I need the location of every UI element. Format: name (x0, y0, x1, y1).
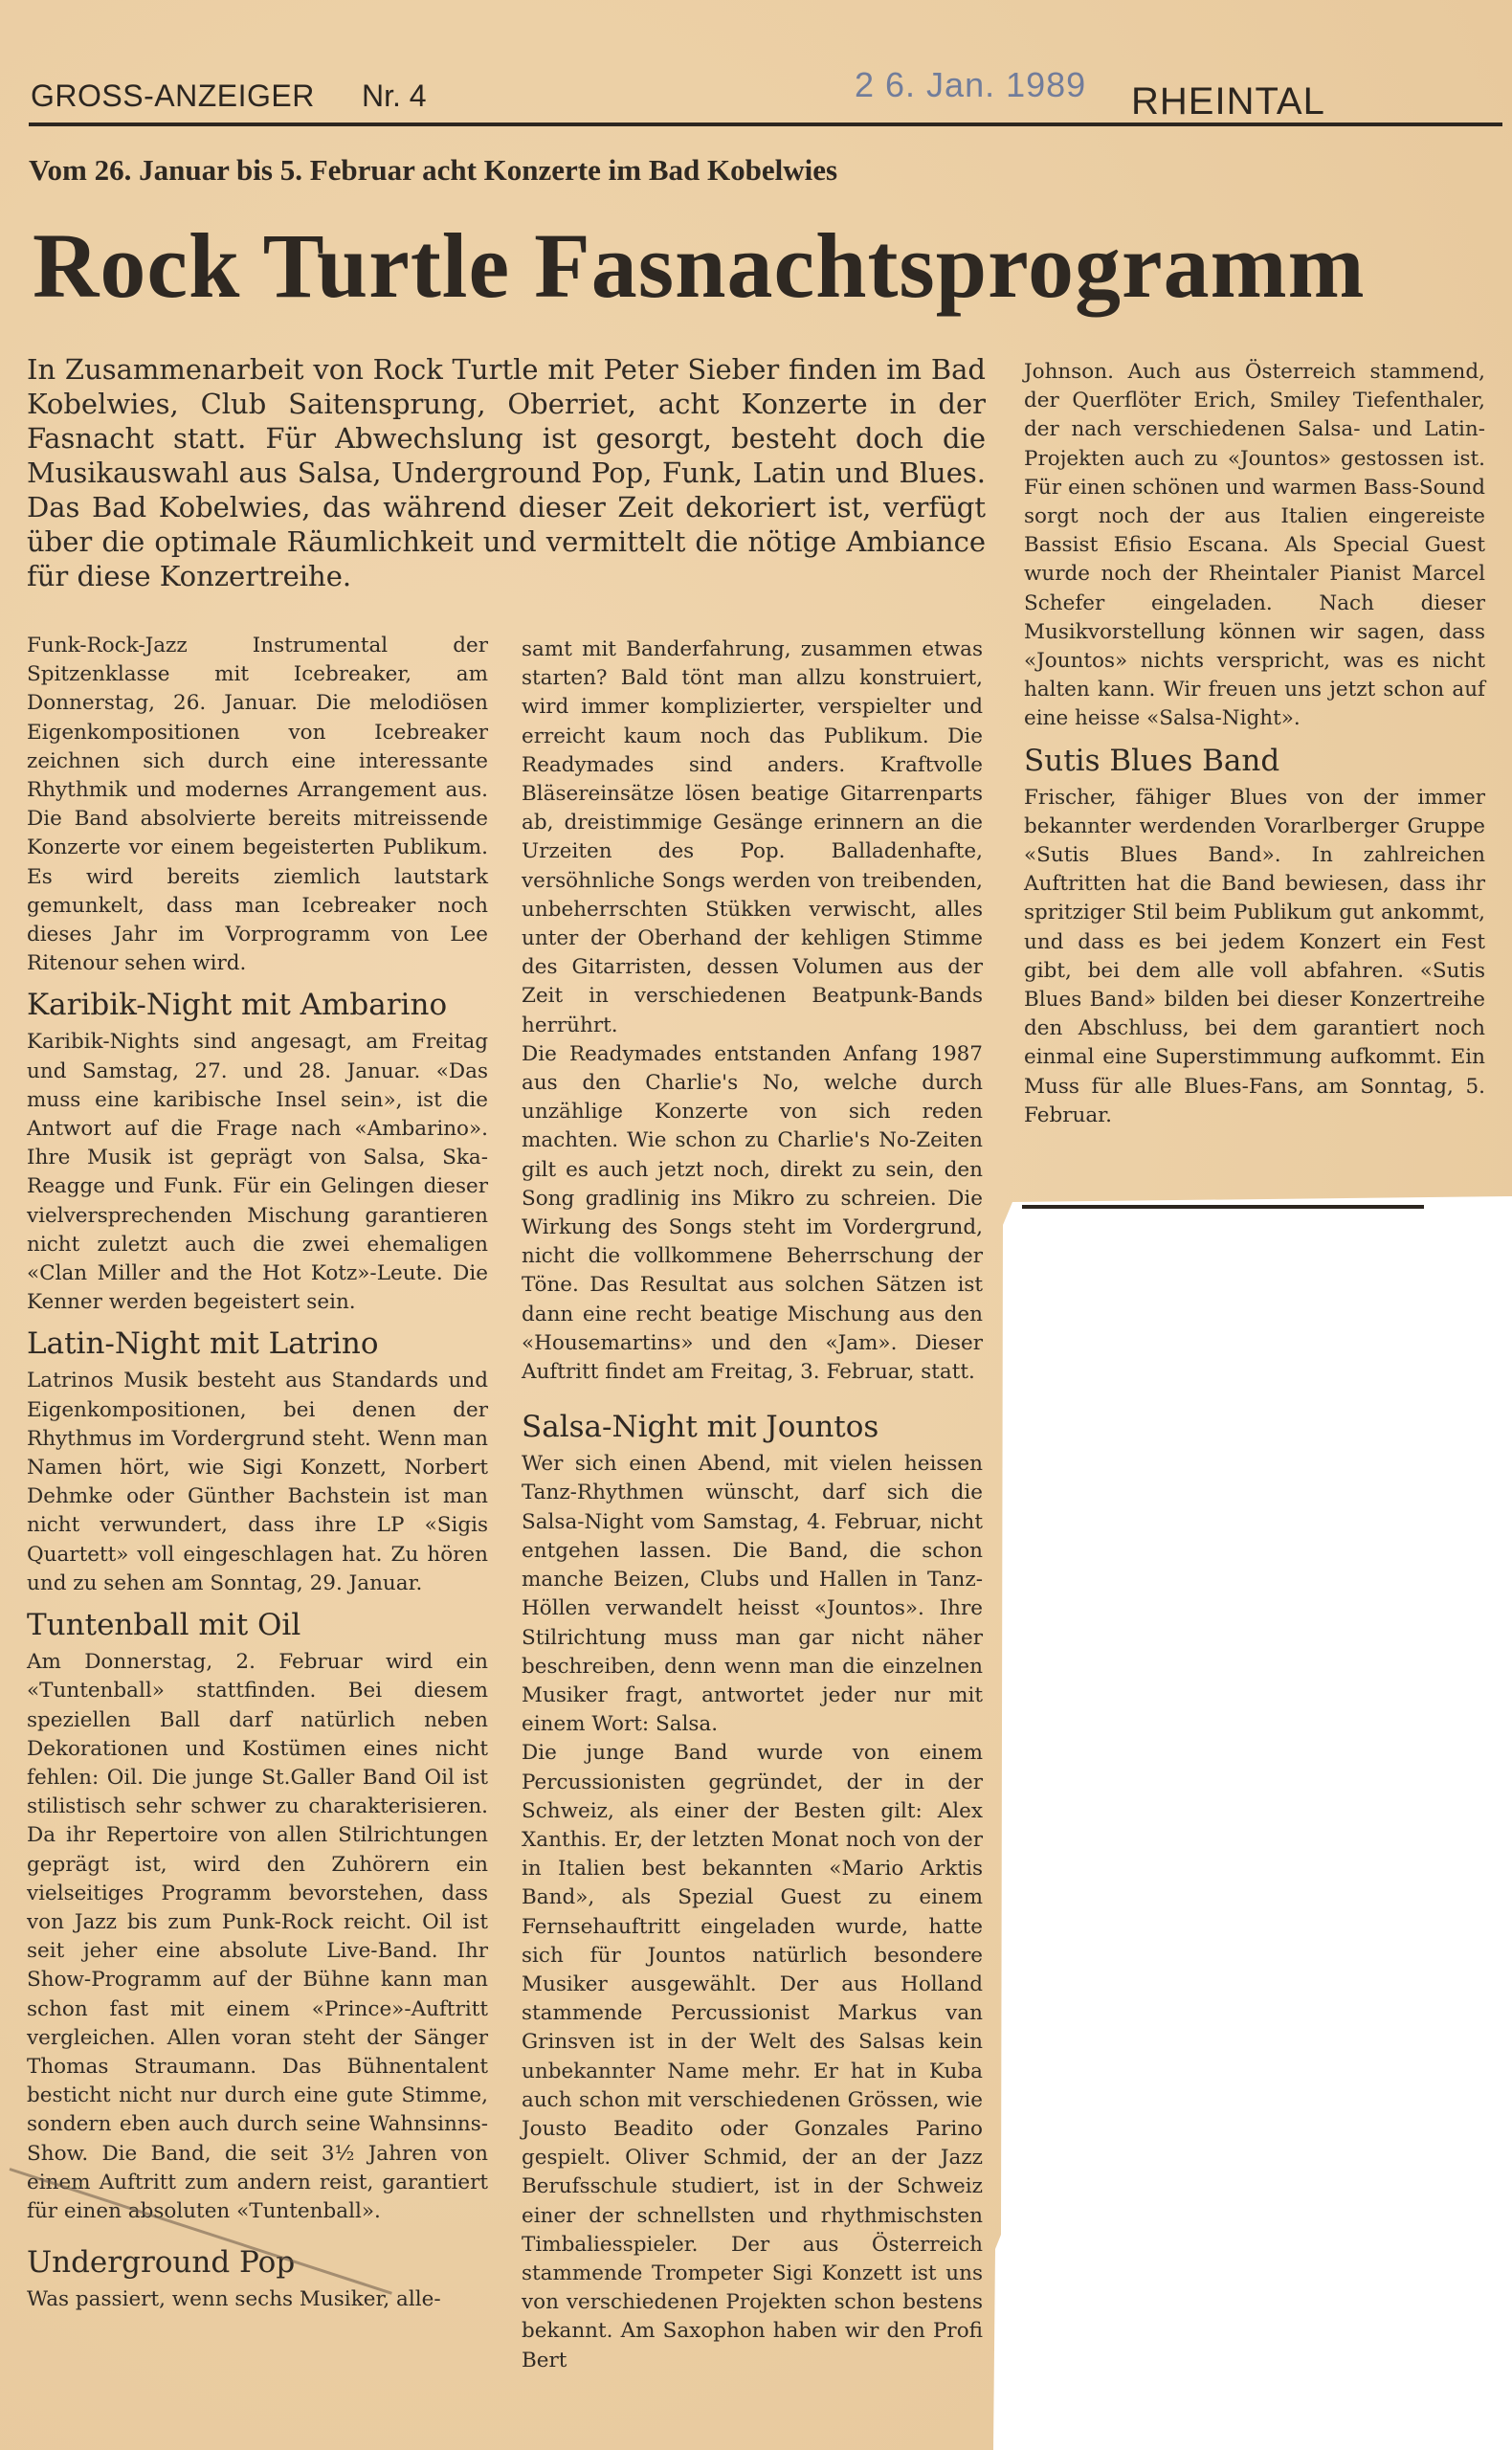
newspaper-name: GROSS-ANZEIGER (31, 78, 315, 114)
article-lead: In Zusammenarbeit von Rock Turtle mit Pe… (27, 352, 986, 593)
paragraph-sutis: Frischer, fähiger Blues von der immer be… (1024, 784, 1485, 1130)
column-middle: samt mit Banderfahrung, zusammen etwas s… (522, 635, 983, 2375)
paragraph-icebreaker: Funk-Rock-Jazz Instrumental der Spitzenk… (27, 632, 488, 978)
section-heading-sutis: Sutis Blues Band (1024, 740, 1485, 782)
paragraph-latin: Latrinos Musik besteht aus Standards und… (27, 1367, 488, 1598)
paragraph-tuntenball: Am Donnerstag, 2. Februar wird ein «Tunt… (27, 1648, 488, 2226)
article-end-rule (1022, 1205, 1424, 1209)
section-heading-karibik: Karibik-Night mit Ambarino (27, 984, 488, 1026)
article-headline: Rock Turtle Fasnachtsprogramm (33, 212, 1366, 319)
section-heading-salsa: Salsa-Night mit Jountos (522, 1406, 983, 1448)
region-label: RHEINTAL (1131, 80, 1325, 123)
paragraph-readymades: samt mit Banderfahrung, zusammen etwas s… (522, 635, 983, 1040)
issue-number: Nr. 4 (362, 78, 427, 114)
date-stamp: 2 6. Jan. 1989 (855, 65, 1086, 105)
article-kicker: Vom 26. Januar bis 5. Februar acht Konze… (29, 153, 837, 188)
section-heading-tuntenball: Tuntenball mit Oil (27, 1604, 488, 1646)
paragraph-jountos-continued: Johnson. Auch aus Österreich stammend, d… (1024, 358, 1485, 734)
section-heading-latin: Latin-Night mit Latrino (27, 1323, 488, 1365)
paragraph-readymades-2: Die Readymades entstanden Anfang 1987 au… (522, 1040, 983, 1387)
paragraph-salsa-2: Die junge Band wurde von einem Percussio… (522, 1739, 983, 2374)
column-left: Funk-Rock-Jazz Instrumental der Spitzenk… (27, 632, 488, 2314)
paragraph-underground-pop: Was passiert, wenn sechs Musiker, alle- (27, 2285, 488, 2314)
paragraph-karibik: Karibik-Nights sind angesagt, am Freitag… (27, 1028, 488, 1317)
column-right: Johnson. Auch aus Österreich stammend, d… (1024, 358, 1485, 1130)
paragraph-salsa: Wer sich einen Abend, mit vielen heissen… (522, 1450, 983, 1739)
